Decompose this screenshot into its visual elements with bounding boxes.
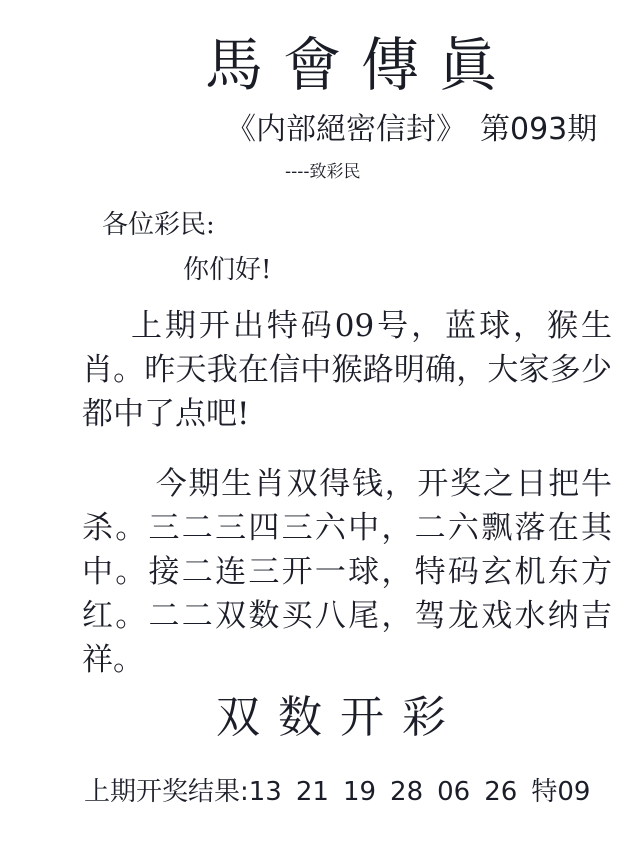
subtitle-line: 《内部絕密信封》第093期	[226, 110, 597, 150]
issue-number: 第093期	[480, 112, 597, 147]
slogan: 双数开彩	[216, 690, 464, 746]
paragraph-1: 上期开出特码09号，蓝球，猴生肖。昨天我在信中猴路明确，大家多少都中了点吧!	[82, 304, 612, 436]
result-number: 06	[437, 777, 470, 807]
result-number: 28	[390, 777, 423, 807]
addressee: ----致彩民	[285, 161, 361, 183]
result-number: 21	[296, 777, 329, 807]
result-number: 26	[484, 777, 517, 807]
greeting: 你们好!	[183, 253, 271, 287]
result-numbers: 132119280626	[249, 777, 532, 807]
paragraph-1-text: 上期开出特码09号，蓝球，猴生肖。昨天我在信中猴路明确，大家多少都中了点吧!	[82, 308, 612, 432]
subtitle: 《内部絕密信封》	[226, 112, 466, 147]
last-result: 上期开奖结果:132119280626特09	[84, 775, 590, 809]
salutation: 各位彩民:	[102, 208, 215, 242]
result-number: 13	[249, 777, 282, 807]
result-number: 19	[343, 777, 376, 807]
paragraph-2-text: 今期生肖双得钱，开奖之日把牛杀。三二三四三六中，二六飘落在其中。接二连三开一球，…	[82, 466, 612, 678]
last-result-label: 上期开奖结果:	[84, 777, 249, 807]
special-number: 特09	[531, 777, 590, 807]
page-title: 馬會傳眞	[205, 30, 517, 100]
paragraph-2: 今期生肖双得钱，开奖之日把牛杀。三二三四三六中，二六飘落在其中。接二连三开一球，…	[82, 462, 612, 682]
